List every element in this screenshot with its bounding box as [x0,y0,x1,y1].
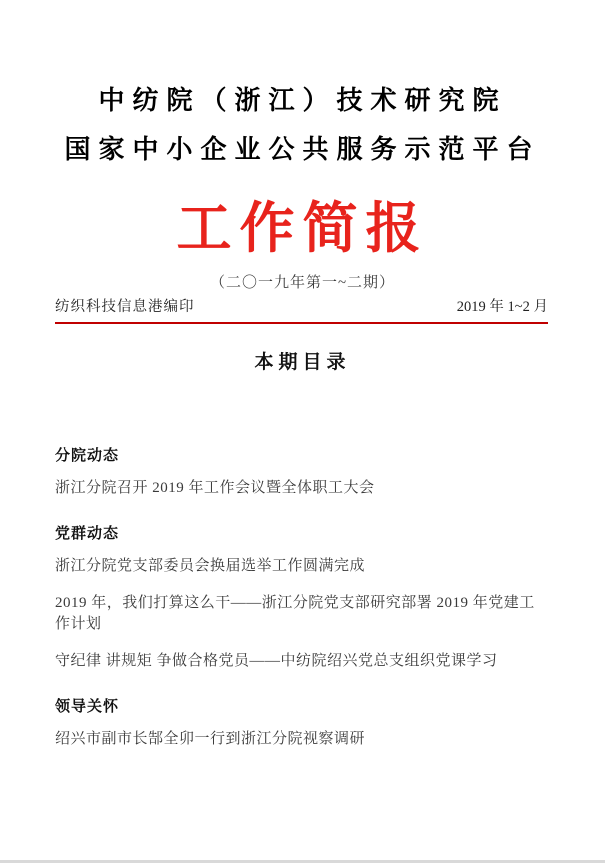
toc-item: 浙江分院召开 2019 年工作会议暨全体职工大会 [55,478,550,499]
section-leader-care: 领导关怀 绍兴市副市长郜全卯一行到浙江分院视察调研 [55,696,550,750]
issue-number-line: （二〇一九年第一~二期） [0,273,605,293]
toc-title: 本期目录 [0,350,605,376]
org-title-line2: 国家中小企业公共服务示范平台 [0,133,605,167]
toc-item: 绍兴市副市长郜全卯一行到浙江分院视察调研 [55,729,550,750]
section-header: 党群动态 [55,523,550,544]
publisher-name: 纺织科技信息港编印 [55,297,195,317]
publication-date: 2019 年 1~2 月 [457,297,548,317]
section-party-news: 党群动态 浙江分院党支部委员会换届选举工作圆满完成 2019 年，我们打算这么干… [55,523,550,672]
org-title-line1: 中纺院（浙江）技术研究院 [0,0,605,118]
masthead-title: 工作简报 [0,197,605,259]
section-branch-news: 分院动态 浙江分院召开 2019 年工作会议暨全体职工大会 [55,445,550,499]
toc-item: 2019 年，我们打算这么干——浙江分院党支部研究部署 2019 年党建工作计划 [55,593,550,635]
section-header: 领导关怀 [55,696,550,717]
toc-item: 浙江分院党支部委员会换届选举工作圆满完成 [55,556,550,577]
toc-item: 守纪律 讲规矩 争做合格党员——中纺院绍兴党总支组织党课学习 [55,651,550,672]
section-header: 分院动态 [55,445,550,466]
document-page: 中纺院（浙江）技术研究院 国家中小企业公共服务示范平台 工作简报 （二〇一九年第… [0,0,605,863]
publisher-date-rule: 纺织科技信息港编印 2019 年 1~2 月 [55,297,548,324]
toc-sections: 分院动态 浙江分院召开 2019 年工作会议暨全体职工大会 党群动态 浙江分院党… [55,445,550,750]
